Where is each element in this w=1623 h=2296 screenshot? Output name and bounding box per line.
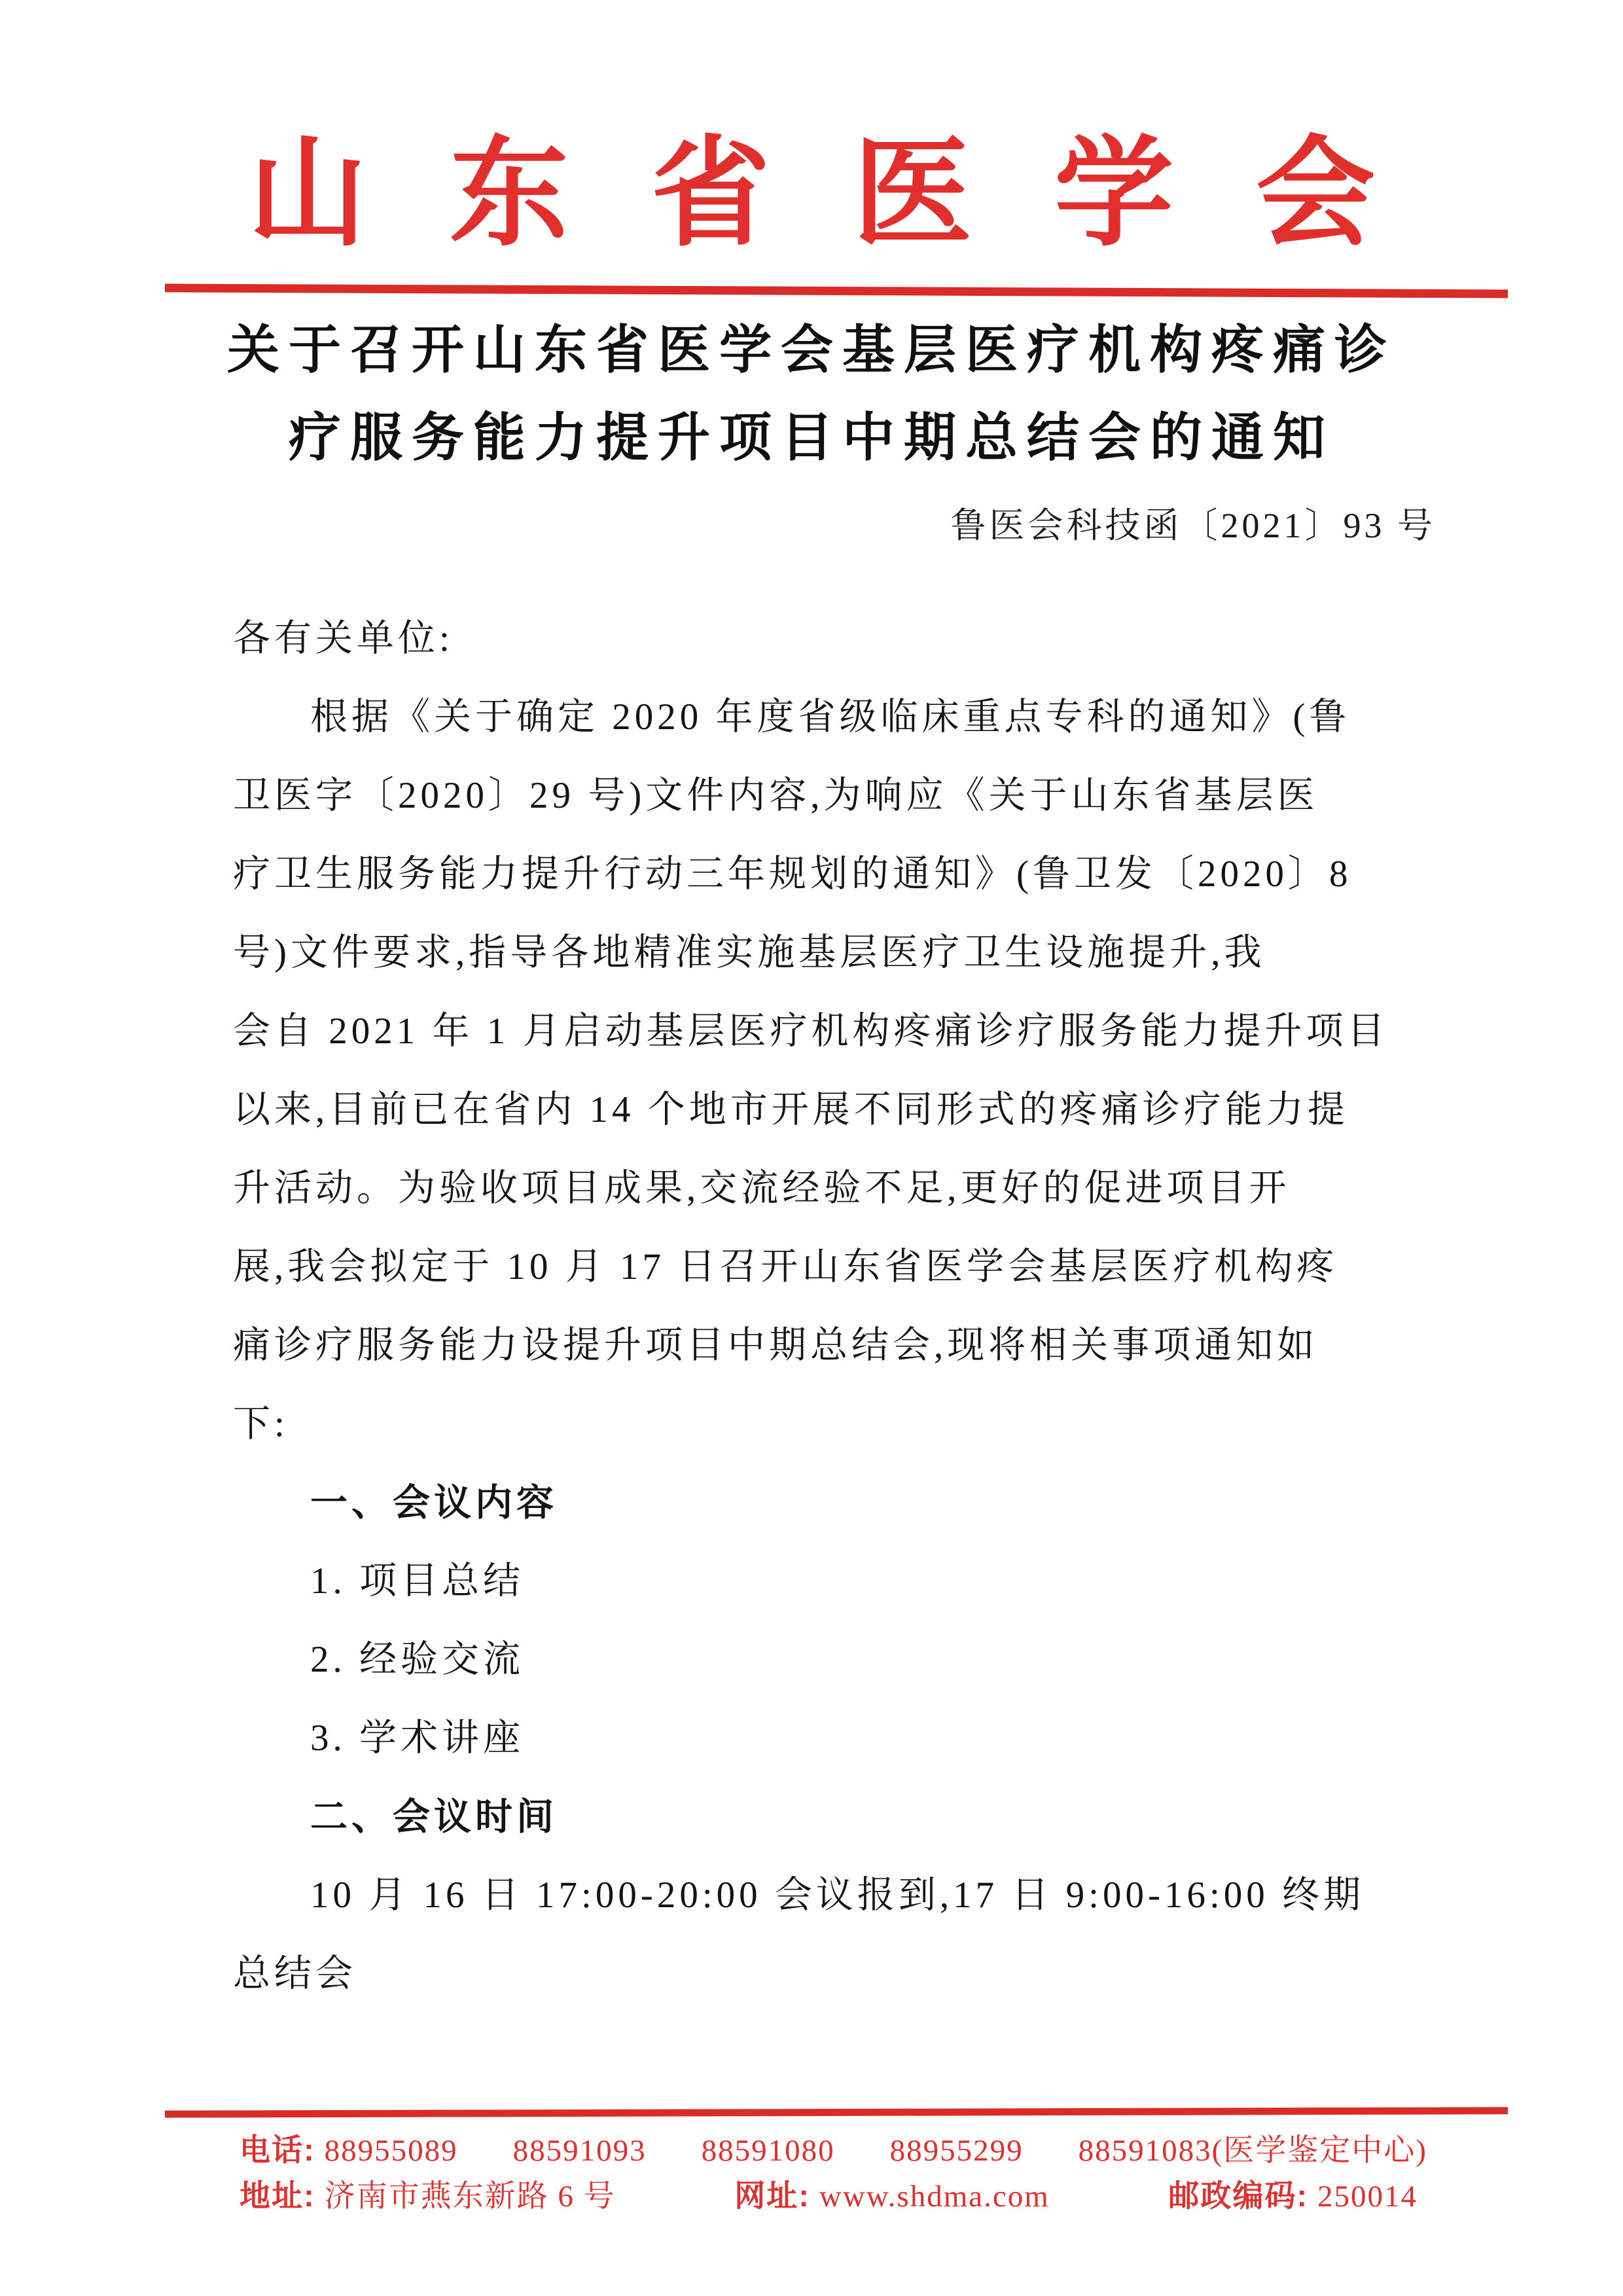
website-value: www.shdma.com [819,2179,1050,2214]
header-red-rule [165,284,1508,298]
body-line: 升活动。为验收项目成果,交流经验不足,更好的促进项目开 [233,1149,1444,1228]
footer-red-rule [165,2107,1508,2117]
phone-number: 88591093 [513,2133,647,2168]
list-item: 3. 学术讲座 [233,1699,1444,1778]
postal-group: 邮政编码: 250014 [1168,2172,1418,2215]
body-line-salutation: 各有关单位: [233,600,1444,678]
phone-number: 88955299 [890,2133,1024,2168]
postal-value: 250014 [1317,2179,1418,2214]
section-heading-content: 一、会议内容 [233,1463,1444,1542]
body-line: 总结会 [233,1935,1444,2013]
address-group: 地址: 济南市燕东新路 6 号 [240,2172,616,2215]
document-title-line1: 关于召开山东省医学会基层医疗机构疼痛诊 [0,306,1623,394]
address-value: 济南市燕东新路 6 号 [325,2172,616,2215]
body-line: 痛诊疗服务能力设提升项目中期总结会,现将相关事项通知如 [233,1306,1444,1385]
website-label: 网址: [734,2172,810,2215]
document-number: 鲁医会科技函〔2021〕93 号 [951,497,1436,548]
body-line: 下: [233,1385,1444,1463]
organization-title: 山东省医学会 [0,130,1623,260]
body-line: 根据《关于确定 2020 年度省级临床重点专科的通知》(鲁 [233,678,1444,757]
phone-number: 88591083(医学鉴定中心) [1079,2126,1427,2170]
postal-label: 邮政编码: [1168,2172,1308,2215]
document-page: 山东省医学会 关于召开山东省医学会基层医疗机构疼痛诊 疗服务能力提升项目中期总结… [0,0,1623,2296]
phone-group: 电话: 88955089 [240,2126,458,2170]
website-group: 网址: www.shdma.com [734,2172,1050,2215]
body-line: 展,我会拟定于 10 月 17 日召开山东省医学会基层医疗机构疼 [233,1228,1444,1306]
address-label: 地址: [240,2172,315,2215]
body-line: 以来,目前已在省内 14 个地市开展不同形式的疼痛诊疗能力提 [233,1071,1444,1149]
list-item: 2. 经验交流 [233,1621,1444,1699]
document-title-line2: 疗服务能力提升项目中期总结会的通知 [0,394,1623,482]
document-title: 关于召开山东省医学会基层医疗机构疼痛诊 疗服务能力提升项目中期总结会的通知 [0,306,1623,482]
footer-address-row: 地址: 济南市燕东新路 6 号 网址: www.shdma.com 邮政编码: … [240,2172,1418,2215]
body-line: 卫医字〔2020〕29 号)文件内容,为响应《关于山东省基层医 [233,757,1444,835]
body-line: 10 月 16 日 17:00-20:00 会议报到,17 日 9:00-16:… [233,1856,1444,1935]
body-line: 会自 2021 年 1 月启动基层医疗机构疼痛诊疗服务能力提升项目 [233,992,1444,1071]
body-line: 号)文件要求,指导各地精准实施基层医疗卫生设施提升,我 [233,914,1444,992]
document-body: 各有关单位: 根据《关于确定 2020 年度省级临床重点专科的通知》(鲁 卫医字… [233,600,1444,2013]
phone-label: 电话: [240,2126,315,2170]
footer-phone-row: 电话: 88955089 88591093 88591080 88955299 … [240,2126,1427,2170]
phone-number: 88955089 [325,2133,458,2168]
body-line: 疗卫生服务能力提升行动三年规划的通知》(鲁卫发〔2020〕8 [233,835,1444,914]
section-heading-time: 二、会议时间 [233,1778,1444,1856]
list-item: 1. 项目总结 [233,1542,1444,1621]
phone-number: 88591080 [702,2133,835,2168]
